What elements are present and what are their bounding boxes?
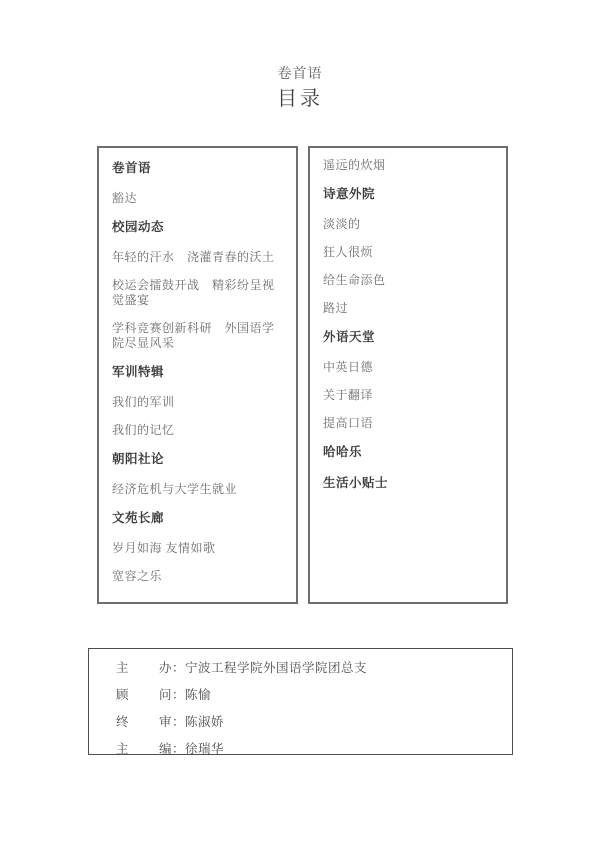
toc-entry: 中英日德: [323, 360, 494, 375]
toc-entry: 狂人很烦: [323, 245, 494, 260]
toc-entry: 淡淡的: [323, 217, 494, 232]
toc-section-heading: 卷首语: [112, 160, 284, 176]
page-header: 卷首语 目录: [0, 66, 600, 112]
credit-value: 编：徐瑞华: [159, 742, 224, 756]
toc-section-heading: 外语天堂: [323, 329, 494, 345]
credit-row: 顾问：陈愉: [116, 687, 502, 703]
toc-right-column: 遥远的炊烟诗意外院淡淡的狂人很烦给生命添色路过外语天堂中英日德关于翻译提高口语哈…: [308, 146, 508, 604]
toc-entry: 豁达: [112, 191, 284, 206]
page-kicker: 卷首语: [0, 66, 600, 84]
toc-entry: 我们的记忆: [112, 423, 284, 438]
toc-entry: 给生命添色: [323, 273, 494, 288]
toc-entry: 我们的军训: [112, 395, 284, 410]
toc-section-heading: 哈哈乐: [323, 444, 494, 460]
credit-row: 终审：陈淑娇: [116, 714, 502, 730]
credit-label: 主: [116, 741, 159, 757]
page-title: 目录: [0, 86, 600, 112]
toc-entry: 遥远的炊烟: [323, 158, 494, 173]
toc-section-heading: 校园动态: [112, 219, 284, 235]
credit-value: 审：陈淑娇: [159, 715, 224, 729]
toc-entry: 关于翻译: [323, 388, 494, 403]
credit-row: 主办：宁波工程学院外国语学院团总支: [116, 660, 502, 676]
toc-entry: 提高口语: [323, 416, 494, 431]
toc-left-column: 卷首语豁达校园动态年轻的汗水 浇灌青春的沃土校运会擂鼓开战 精彩纷呈视觉盛宴学科…: [97, 146, 298, 604]
credit-label: 终: [116, 714, 159, 730]
toc-entry: 学科竞赛创新科研 外国语学院尽显风采: [112, 321, 284, 351]
toc-entry: 年轻的汗水 浇灌青春的沃土: [112, 250, 284, 265]
credit-value: 问：陈愉: [159, 688, 211, 702]
credit-label: 主: [116, 660, 159, 676]
toc-entry: 宽容之乐: [112, 569, 284, 584]
credits-box: 主办：宁波工程学院外国语学院团总支顾问：陈愉终审：陈淑娇主编：徐瑞华: [88, 648, 513, 755]
toc-section-heading: 生活小贴士: [323, 475, 494, 491]
toc-entry: 经济危机与大学生就业: [112, 482, 284, 497]
toc-section-heading: 军训特辑: [112, 364, 284, 380]
credit-row: 主编：徐瑞华: [116, 741, 502, 757]
toc-entry: 路过: [323, 301, 494, 316]
toc-section-heading: 朝阳社论: [112, 451, 284, 467]
credit-label: 顾: [116, 687, 159, 703]
toc-entry: 校运会擂鼓开战 精彩纷呈视觉盛宴: [112, 278, 284, 308]
toc-entry: 岁月如海 友情如歌: [112, 541, 284, 556]
toc-section-heading: 诗意外院: [323, 186, 494, 202]
credit-value: 办：宁波工程学院外国语学院团总支: [159, 661, 367, 675]
document-page: 卷首语 目录 卷首语豁达校园动态年轻的汗水 浇灌青春的沃土校运会擂鼓开战 精彩纷…: [0, 0, 600, 848]
toc-section-heading: 文苑长廊: [112, 510, 284, 526]
